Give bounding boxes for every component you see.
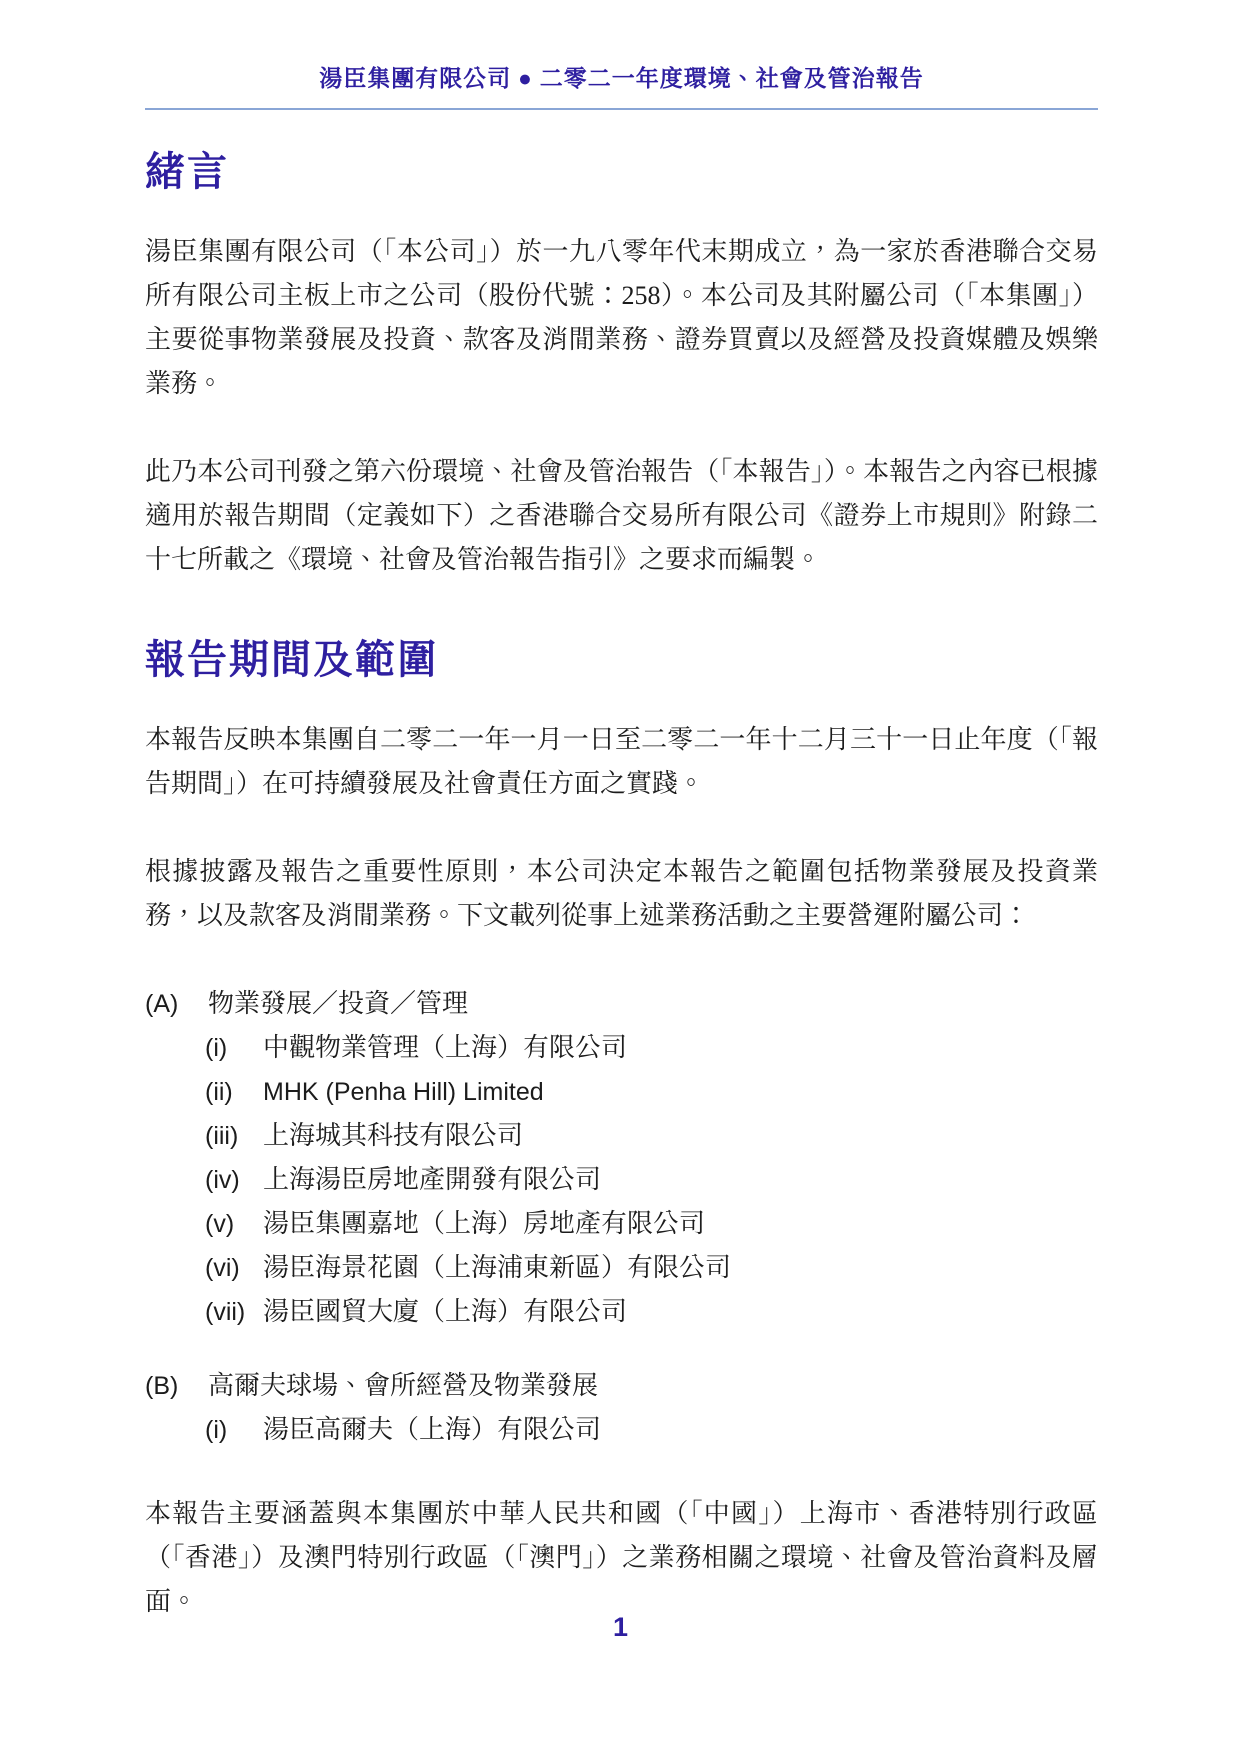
- group-a-items: (i) 中觀物業管理（上海）有限公司 (ii) MHK (Penha Hill)…: [205, 1026, 1098, 1334]
- item-marker: (iii): [205, 1114, 263, 1158]
- list-item: (iv) 上海湯臣房地產開發有限公司: [205, 1158, 1098, 1202]
- subsidiary-name: MHK (Penha Hill) Limited: [263, 1070, 544, 1114]
- group-b-label: 高爾夫球場、會所經營及物業發展: [208, 1364, 598, 1408]
- section-heading-reporting-period-scope: 報告期間及範圍: [145, 636, 1098, 684]
- group-b-items: (i) 湯臣高爾夫（上海）有限公司: [205, 1408, 1098, 1452]
- report-page: 湯臣集團有限公司 ● 二零二一年度環境、社會及管治報告 緒言 湯臣集團有限公司（…: [0, 0, 1241, 1754]
- group-a-marker: (A): [145, 982, 208, 1026]
- section-heading-introduction: 緒言: [145, 148, 1098, 196]
- item-marker: (ii): [205, 1070, 263, 1114]
- list-item: (i) 湯臣高爾夫（上海）有限公司: [205, 1408, 1098, 1452]
- page-number: 1: [0, 1612, 1241, 1643]
- list-item: (vii) 湯臣國貿大廈（上海）有限公司: [205, 1290, 1098, 1334]
- item-marker: (vii): [205, 1290, 263, 1334]
- running-header: 湯臣集團有限公司 ● 二零二一年度環境、社會及管治報告: [145, 0, 1098, 93]
- list-item: (ii) MHK (Penha Hill) Limited: [205, 1070, 1098, 1114]
- item-marker: (vi): [205, 1246, 263, 1290]
- intro-paragraph-2: 此乃本公司刊發之第六份環境、社會及管治報告（「本報告」）。本報告之內容已根據適用…: [145, 450, 1098, 582]
- list-item: (v) 湯臣集團嘉地（上海）房地產有限公司: [205, 1202, 1098, 1246]
- item-marker: (i): [205, 1026, 263, 1070]
- subsidiary-name: 中觀物業管理（上海）有限公司: [263, 1026, 627, 1070]
- subsidiary-name: 上海城其科技有限公司: [263, 1114, 523, 1158]
- list-item: (iii) 上海城其科技有限公司: [205, 1114, 1098, 1158]
- subsidiary-name: 湯臣集團嘉地（上海）房地產有限公司: [263, 1202, 705, 1246]
- group-a-heading-row: (A) 物業發展／投資／管理: [145, 982, 1098, 1026]
- subsidiary-group-b: (B) 高爾夫球場、會所經營及物業發展 (i) 湯臣高爾夫（上海）有限公司: [145, 1364, 1098, 1452]
- subsidiary-name: 湯臣國貿大廈（上海）有限公司: [263, 1290, 627, 1334]
- group-b-heading-row: (B) 高爾夫球場、會所經營及物業發展: [145, 1364, 1098, 1408]
- item-marker: (i): [205, 1408, 263, 1452]
- page-content: 湯臣集團有限公司 ● 二零二一年度環境、社會及管治報告 緒言 湯臣集團有限公司（…: [145, 0, 1098, 1624]
- scope-paragraph-2: 根據披露及報告之重要性原則，本公司決定本報告之範圍包括物業發展及投資業務，以及款…: [145, 850, 1098, 938]
- list-item: (i) 中觀物業管理（上海）有限公司: [205, 1026, 1098, 1070]
- subsidiary-name: 湯臣高爾夫（上海）有限公司: [263, 1408, 601, 1452]
- scope-paragraph-1: 本報告反映本集團自二零二一年一月一日至二零二一年十二月三十一日止年度（「報告期間…: [145, 718, 1098, 806]
- header-divider-line: [145, 108, 1098, 110]
- item-marker: (iv): [205, 1158, 263, 1202]
- item-marker: (v): [205, 1202, 263, 1246]
- subsidiary-name: 湯臣海景花園（上海浦東新區）有限公司: [263, 1246, 731, 1290]
- subsidiary-group-a: (A) 物業發展／投資／管理 (i) 中觀物業管理（上海）有限公司 (ii) M…: [145, 982, 1098, 1334]
- subsidiary-name: 上海湯臣房地產開發有限公司: [263, 1158, 601, 1202]
- list-item: (vi) 湯臣海景花園（上海浦東新區）有限公司: [205, 1246, 1098, 1290]
- scope-paragraph-3: 本報告主要涵蓋與本集團於中華人民共和國（「中國」）上海市、香港特別行政區（「香港…: [145, 1492, 1098, 1624]
- intro-paragraph-1: 湯臣集團有限公司（「本公司」）於一九八零年代末期成立，為一家於香港聯合交易所有限…: [145, 230, 1098, 406]
- group-b-marker: (B): [145, 1364, 208, 1408]
- group-a-label: 物業發展／投資／管理: [208, 982, 468, 1026]
